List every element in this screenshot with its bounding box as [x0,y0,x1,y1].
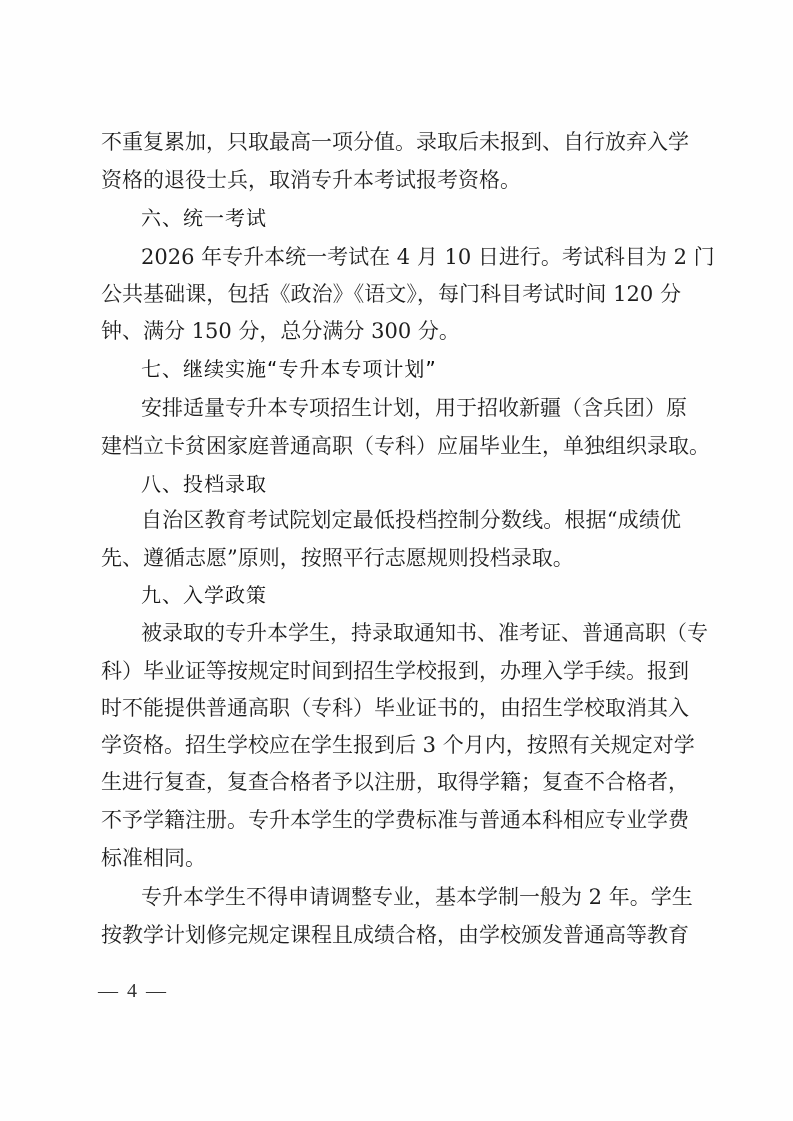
paragraph-line: 按教学计划修完规定课程且成绩合格，由学校颁发普通高等教育 [101,916,681,954]
paragraph-first-line: 专升本学生不得申请调整专业，基本学制一般为 2 年。学生 [141,878,681,916]
paragraph-line: 不予学籍注册。专升本学生的学费标准与普通本科相应专业学费 [101,801,681,839]
document-page: 不重复累加，只取最高一项分值。录取后未报到、自行放弃入学资格的退役士兵，取消专升… [0,0,793,1121]
paragraph-line: 建档立卡贫困家庭普通高职（专科）应届毕业生，单独组织录取。 [101,427,681,465]
paragraph-line: 生进行复查，复查合格者予以注册，取得学籍；复查不合格者， [101,763,681,801]
paragraph-line: 学资格。招生学校应在学生报到后 3 个月内，按照有关规定对学 [101,726,681,764]
paragraph-line: 先、遵循志愿”原则，按照平行志愿规则投档录取。 [101,539,681,577]
paragraph-line: 公共基础课，包括《政治》《语文》，每门科目考试时间 120 分 [101,275,681,313]
paragraph-line: 标准相同。 [101,839,681,877]
paragraph-first-line: 安排适量专升本专项招生计划，用于招收新疆（含兵团）原 [141,389,681,427]
paragraph-line: 科）毕业证等按规定时间到招生学校报到，办理入学手续。报到 [101,652,681,690]
section-heading: 七、继续实施“专升本专项计划” [141,350,437,388]
paragraph-line: 时不能提供普通高职（专科）毕业证书的，由招生学校取消其入 [101,689,681,727]
section-heading: 六、统一考试 [141,199,267,237]
paragraph-line: 钟、满分 150 分，总分满分 300 分。 [101,312,681,350]
section-heading: 八、投档录取 [141,465,267,503]
paragraph-first-line: 自治区教育考试院划定最低投档控制分数线。根据“成绩优 [141,501,681,539]
paragraph-first-line: 被录取的专升本学生，持录取通知书、准考证、普通高职（专 [141,614,681,652]
paragraph-line: 资格的退役士兵，取消专升本考试报考资格。 [101,161,681,199]
paragraph-first-line: 2026 年专升本统一考试在 4 月 10 日进行。考试科目为 2 门 [141,238,681,276]
section-heading: 九、入学政策 [141,576,267,614]
page-number: — 4 — [98,980,168,1003]
paragraph-line: 不重复累加，只取最高一项分值。录取后未报到、自行放弃入学 [101,123,681,161]
